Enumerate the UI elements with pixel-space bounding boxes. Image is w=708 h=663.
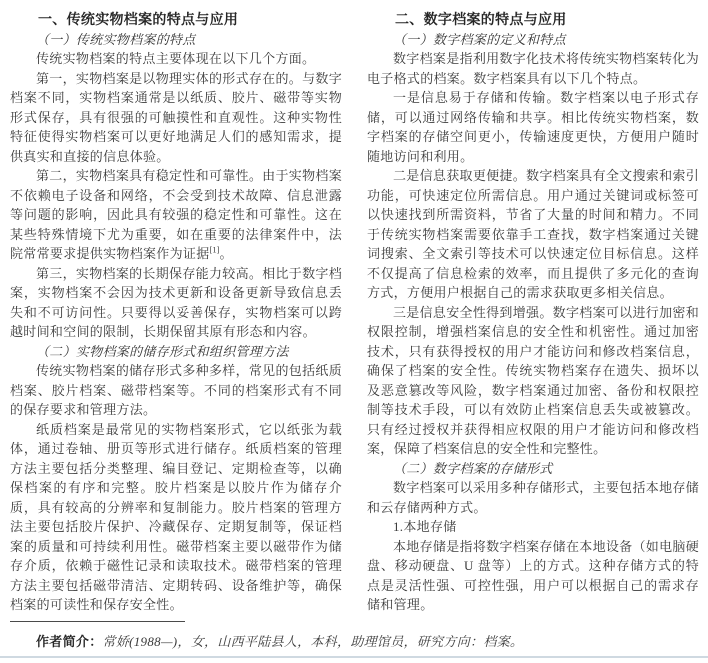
author-note-label: 作者简介： bbox=[36, 634, 103, 649]
section-heading: 二、数字档案的特点与应用 bbox=[367, 10, 699, 30]
sub-subsection-heading: 1.本地存储 bbox=[367, 517, 699, 537]
section-heading: 一、传统实物档案的特点与应用 bbox=[10, 10, 342, 30]
author-note: 作者简介：常娇(1988—)，女，山西平陆县人，本科，助理馆员，研究方向：档案。 bbox=[10, 633, 700, 650]
paragraph: 第三，实物档案的长期保存能力较高。相比于数字档案，实物档案不会因为技术更新和设备… bbox=[10, 264, 342, 342]
paragraph: 本地存储是指将数字档案存储在本地设备（如电脑硬盘、移动硬盘、U 盘等）上的方式。… bbox=[367, 537, 699, 615]
subsection-heading: （二）实物档案的储存形式和组织管理方法 bbox=[10, 342, 342, 362]
author-note-text: 常娇(1988—)，女，山西平陆县人，本科，助理馆员，研究方向：档案。 bbox=[103, 634, 524, 649]
page-bottom-edge-line bbox=[0, 656, 708, 658]
footnote-rule bbox=[10, 621, 185, 622]
paragraph: 第二，实物档案具有稳定性和可靠性。由于实物档案不依赖电子设备和网络，不会受到技术… bbox=[10, 166, 342, 264]
left-column: 一、传统实物档案的特点与应用（一）传统实物档案的特点传统实物档案的特点主要体现在… bbox=[10, 10, 342, 615]
article-body: 一、传统实物档案的特点与应用（一）传统实物档案的特点传统实物档案的特点主要体现在… bbox=[10, 10, 700, 615]
paragraph: 传统实物档案的特点主要体现在以下几个方面。 bbox=[10, 49, 342, 69]
paragraph: 三是信息安全性得到增强。数字档案可以进行加密和权限控制，增强档案信息的安全性和机… bbox=[367, 303, 699, 459]
citation-marker: [1] bbox=[210, 245, 220, 255]
paragraph: 数字档案可以采用多种存储形式，主要包括本地存储和云存储两种方式。 bbox=[367, 478, 699, 517]
paragraph: 二是信息获取更便捷。数字档案具有全文搜索和索引功能，可快速定位所需信息。用户通过… bbox=[367, 166, 699, 303]
subsection-heading: （一）传统实物档案的特点 bbox=[10, 30, 342, 50]
subsection-heading: （二）数字档案的存储形式 bbox=[367, 459, 699, 479]
paragraph: 纸质档案是最常见的实物档案形式，它以纸张为载体，通过卷轴、册页等形式进行储存。纸… bbox=[10, 420, 342, 615]
footnote-area: 作者简介：常娇(1988—)，女，山西平陆县人，本科，助理馆员，研究方向：档案。 bbox=[10, 621, 700, 650]
paragraph: 第一，实物档案是以物理实体的形式存在的。与数字档案不同，实物档案通常是以纸质、胶… bbox=[10, 69, 342, 167]
paragraph: 传统实物档案的储存形式多种多样，常见的包括纸质档案、胶片档案、磁带档案等。不同的… bbox=[10, 361, 342, 420]
right-column: 二、数字档案的特点与应用（一）数字档案的定义和特点数字档案是指利用数字化技术将传… bbox=[367, 10, 699, 615]
subsection-heading: （一）数字档案的定义和特点 bbox=[367, 30, 699, 50]
paragraph: 一是信息易于存储和传输。数字档案以电子形式存储，可以通过网络传输和共享。相比传统… bbox=[367, 88, 699, 166]
paragraph: 数字档案是指利用数字化技术将传统实物档案转化为电子格式的档案。数字档案具有以下几… bbox=[367, 49, 699, 88]
